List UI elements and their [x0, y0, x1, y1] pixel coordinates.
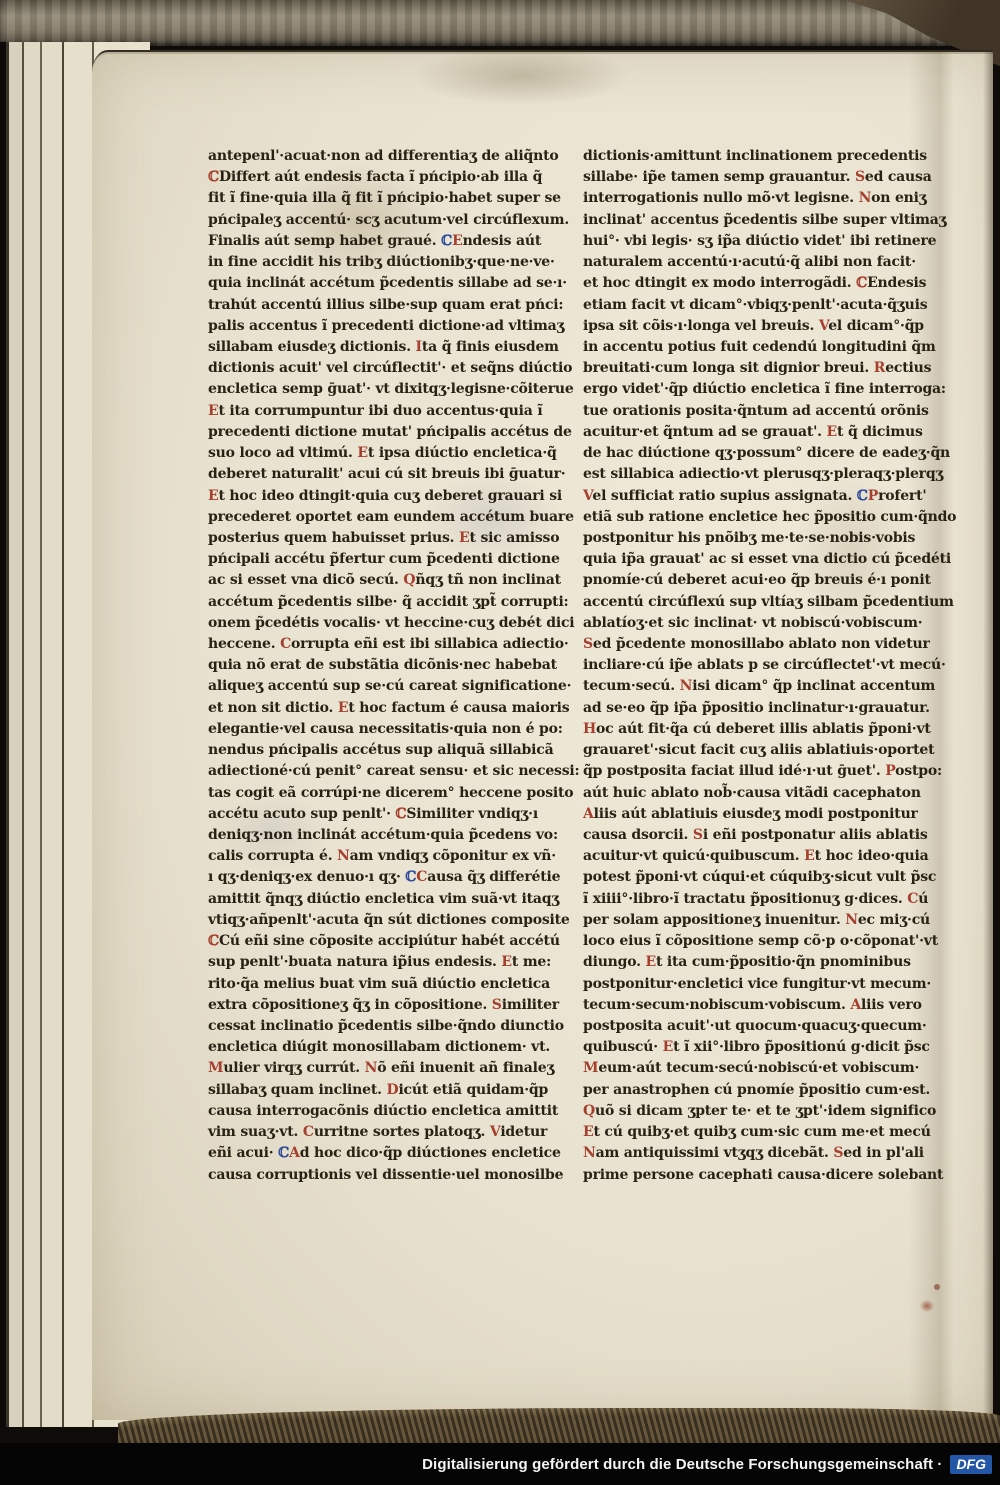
- text-line: naturalem accentú·ı·acutú·q̃ alibi non f…: [583, 252, 898, 273]
- text-line: de hac diúctione qʒ·possum° dicere de ea…: [583, 443, 898, 464]
- text-column-right: dictionis·amittunt inclinationem precede…: [583, 146, 898, 1186]
- text-line: potest p̃poni·vt cúqui·et cúquibʒ·sicut …: [583, 867, 898, 888]
- text-line: tecum·secum·nobiscum·vobiscum. Aliis ver…: [583, 995, 898, 1016]
- text-line: quia inclinát accétum p̃cedentis sillabe…: [208, 273, 523, 294]
- text-line: nendus pńcipalis accétus sup aliquã sill…: [208, 740, 523, 761]
- text-line: pnomíe·cú deberet acui·eo q̃p breuis é·ı…: [583, 570, 898, 591]
- text-line: onem p̃cedétis vocalis· vt heccine·cuʒ d…: [208, 613, 523, 634]
- text-line: Et cú quibʒ·et quibʒ cum·sic cum me·et m…: [583, 1122, 898, 1143]
- text-line: ac si esset vna dicõ secú. Qñqʒ tñ non i…: [208, 570, 523, 591]
- text-line: encletica diúgit monosillabam dictionem·…: [208, 1037, 523, 1058]
- digitization-footer: Digitalisierung gefördert durch die Deut…: [0, 1443, 1000, 1485]
- text-line: adiectioné·cú penit° careat sensu· et si…: [208, 761, 523, 782]
- text-line: breuitati·cum longa sit dignior breui. R…: [583, 358, 898, 379]
- text-line: Vel sufficiat ratio supius assignata. ℂP…: [583, 486, 898, 507]
- book-cover-top-edge: [0, 0, 1000, 46]
- text-line: accétum p̃cedentis silbe· q̃ accidit ʒpt…: [208, 592, 523, 613]
- text-line: sillabaʒ quam inclinet. Dicút etiã quida…: [208, 1080, 523, 1101]
- text-line: sillabam eiusdeʒ dictionis. Ita q̃ finis…: [208, 337, 523, 358]
- text-line: est sillabica adiectio·vt plerusqʒ·plera…: [583, 464, 898, 485]
- text-line: aliqueʒ accentú sup se·cú careat signifi…: [208, 676, 523, 697]
- text-line: per anastrophen cú pnomíe p̃positio cum·…: [583, 1080, 898, 1101]
- text-line: dictionis acuit' vel circúflectit'· et s…: [208, 358, 523, 379]
- text-line: pńcipaleʒ accentú· scʒ acutum·vel circúf…: [208, 210, 523, 231]
- text-line: deniqʒ·non inclinát accétum·quia p̃ceden…: [208, 825, 523, 846]
- text-line: causa dsorcii. Si eñi postponatur aliis …: [583, 825, 898, 846]
- text-line: loco eius ĩ cõpositione semp cõ·p o·cõpo…: [583, 931, 898, 952]
- text-line: et hoc dtingit ex modo interrogãdi. ℂEnd…: [583, 273, 898, 294]
- text-line: interrogationis nullo mõ·vt legisne. Non…: [583, 188, 898, 209]
- text-line: cessat inclinatio p̃cedentis silbe·q̃ndo…: [208, 1016, 523, 1037]
- text-line: causa interrogacõnis diúctio encletica a…: [208, 1101, 523, 1122]
- text-line: quia nõ erat de substãtia dicõnis·nec ha…: [208, 655, 523, 676]
- text-line: causa corruptionis vel dissentie·uel mon…: [208, 1165, 523, 1186]
- text-line: Quõ si dicam ʒpter te· et te ʒpt'·idem s…: [583, 1101, 898, 1122]
- text-line: incliare·cú ip̃e ablats p se circúflecte…: [583, 655, 898, 676]
- text-line: etiã sub ratione encletice hec p̃positio…: [583, 507, 898, 528]
- red-blemish: [934, 1284, 940, 1290]
- book-scan: antepenl'·acuat·non ad differentiaʒ de a…: [0, 0, 1000, 1485]
- text-line: sup penlt'·buata natura ip̃ius endesis. …: [208, 952, 523, 973]
- text-line: ergo videt'·q̃p diúctio encletica ĩ fine…: [583, 379, 898, 400]
- text-line: accétu acuto sup penlt'· ℂSimiliter vndi…: [208, 804, 523, 825]
- text-line: postposita acuit'·ut quocum·quacuʒ·quecu…: [583, 1016, 898, 1037]
- text-line: deberet naturalit' acui cú sit breuis ib…: [208, 464, 523, 485]
- text-line: precederet oportet eam eundem accétum bu…: [208, 507, 523, 528]
- text-line: palis accentus ĩ precedenti dictione·ad …: [208, 316, 523, 337]
- text-line: ipsa sit cõis·ı·longa vel breuis. Vel di…: [583, 316, 898, 337]
- text-line: diungo. Et ita cum·p̃positio·q̃n pnomini…: [583, 952, 898, 973]
- text-line: aút huic ablato nob̃·causa vitãdi caceph…: [583, 783, 898, 804]
- text-line: ℂDiffert aút endesis facta ĩ pńcipio·ab …: [208, 167, 523, 188]
- text-line: per solam appositioneʒ inuenitur. Nec mi…: [583, 910, 898, 931]
- text-line: quibuscú· Et ĩ xii°·libro p̃positionú g·…: [583, 1037, 898, 1058]
- footer-credit: Digitalisierung gefördert durch die Deut…: [422, 1456, 942, 1473]
- text-line: in accentu potius fuit cedendú longitudi…: [583, 337, 898, 358]
- text-line: calis corrupta é. Nam vndiqʒ cõponitur e…: [208, 846, 523, 867]
- text-line: ĩ xiiii°·libro·ĩ tractatu p̃positionuʒ g…: [583, 889, 898, 910]
- text-line: eñi acui· ℂAd hoc dico·q̃p diúctiones en…: [208, 1143, 523, 1164]
- text-line: posterius quem habuisset prius. Et sic a…: [208, 528, 523, 549]
- text-line: acuitur·vt quicú·quibuscum. Et hoc ideo·…: [583, 846, 898, 867]
- text-line: inclinat' accentus p̃cedentis silbe supe…: [583, 210, 898, 231]
- text-line: tue orationis posita·q̃ntum ad accentú o…: [583, 401, 898, 422]
- text-line: prime persone cacephati causa·dicere sol…: [583, 1165, 898, 1186]
- text-line: postponitur·encletici vice fungitur·vt m…: [583, 974, 898, 995]
- parchment-stain: [412, 46, 632, 106]
- text-line: Finalis aút semp habet graué. ℂEndesis a…: [208, 231, 523, 252]
- text-line: Et ita corrumpuntur ibi duo accentus·qui…: [208, 401, 523, 422]
- text-line: vim suaʒ·vt. Curritne sortes platoqʒ. Vi…: [208, 1122, 523, 1143]
- text-line: Aliis aút ablatiuis eiusdeʒ modi postpon…: [583, 804, 898, 825]
- text-line: Mulier virqʒ currút. Nõ eñi inuenit añ f…: [208, 1058, 523, 1079]
- text-line: tas cogit eã corrúpi·ne dicerem° heccene…: [208, 783, 523, 804]
- text-line: precedenti dictione mutat' pńcipalis acc…: [208, 422, 523, 443]
- text-line: ad se·eo q̃p ip̃a p̃positio inclinatur·ı…: [583, 698, 898, 719]
- text-line: Et hoc ideo dtingit·quia cuʒ deberet gra…: [208, 486, 523, 507]
- text-line: extra cõpositioneʒ q̃ʒ in cõpositione. S…: [208, 995, 523, 1016]
- text-line: hui°· vbi legis· sʒ ip̃a diúctio videt' …: [583, 231, 898, 252]
- text-line: Sed p̃cedente monosillabo ablato non vid…: [583, 634, 898, 655]
- text-line: postponitur his pnõibʒ me·te·se·nobis·vo…: [583, 528, 898, 549]
- text-line: et non sit dictio. Et hoc factum é causa…: [208, 698, 523, 719]
- text-line: ℂCú eñi sine cõposite accipiútur habét a…: [208, 931, 523, 952]
- page-right-edge: [983, 52, 993, 1420]
- text-line: heccene. Corrupta eñi est ibi sillabica …: [208, 634, 523, 655]
- text-column-left: antepenl'·acuat·non ad differentiaʒ de a…: [208, 146, 523, 1186]
- dfg-logo: DFG: [950, 1455, 992, 1474]
- text-line: rito·q̃a melius buat vim suã diúctio enc…: [208, 974, 523, 995]
- text-line: etiam facit vt dicam°·vbiqʒ·penlt'·acuta…: [583, 295, 898, 316]
- text-line: antepenl'·acuat·non ad differentiaʒ de a…: [208, 146, 523, 167]
- text-line: dictionis·amittunt inclinationem precede…: [583, 146, 898, 167]
- text-line: Nam antiquissimi vtʒqʒ dicebãt. Sed in p…: [583, 1143, 898, 1164]
- text-line: sillabe· ip̃e tamen semp grauantur. Sed …: [583, 167, 898, 188]
- text-line: tecum·secú. Nisi dicam° q̃p inclinat acc…: [583, 676, 898, 697]
- text-line: suo loco ad vltimú. Et ipsa diúctio encl…: [208, 443, 523, 464]
- text-line: Meum·aút tecum·secú·nobiscú·et vobiscum·: [583, 1058, 898, 1079]
- text-line: vtiqʒ·añpenlt'·acuta q̃n sút dictiones c…: [208, 910, 523, 931]
- text-line: amittit q̃nqʒ diúctio encletica vim suã·…: [208, 889, 523, 910]
- text-line: acuitur·et q̃ntum ad se grauat'. Et q̃ d…: [583, 422, 898, 443]
- text-line: ı qʒ·deniqʒ·ex denuo·ı qʒ· ℂCausa q̃ʒ di…: [208, 867, 523, 888]
- text-line: quia ip̃a grauat' ac si esset vna dictio…: [583, 549, 898, 570]
- text-line: accentú circúflexú sup vltíaʒ silbam p̃c…: [583, 592, 898, 613]
- text-line: elegantie·vel causa necessitatis·quia no…: [208, 719, 523, 740]
- text-line: pńcipali accétu p̃fertur cum p̃cedenti d…: [208, 549, 523, 570]
- text-line: encletica semp ḡuat'· vt dixitqʒ·legisne…: [208, 379, 523, 400]
- text-line: grauaret'·sicut facit cuʒ aliis ablatiui…: [583, 740, 898, 761]
- text-line: ablatíoʒ·et sic inclinat· vt nobiscú·vob…: [583, 613, 898, 634]
- text-line: trahút accentú illius silbe·sup quam era…: [208, 295, 523, 316]
- text-line: Hoc aút fit·q̃a cú deberet illis ablatis…: [583, 719, 898, 740]
- red-blemish: [920, 1300, 934, 1312]
- text-line: in fine accidit his tribʒ diúctionibʒ·qu…: [208, 252, 523, 273]
- text-line: fit ĩ fine·quia illa q̃ fit ĩ pńcipio·ha…: [208, 188, 523, 209]
- text-line: q̃p postposita faciat illud idé·ı·ut ḡue…: [583, 761, 898, 782]
